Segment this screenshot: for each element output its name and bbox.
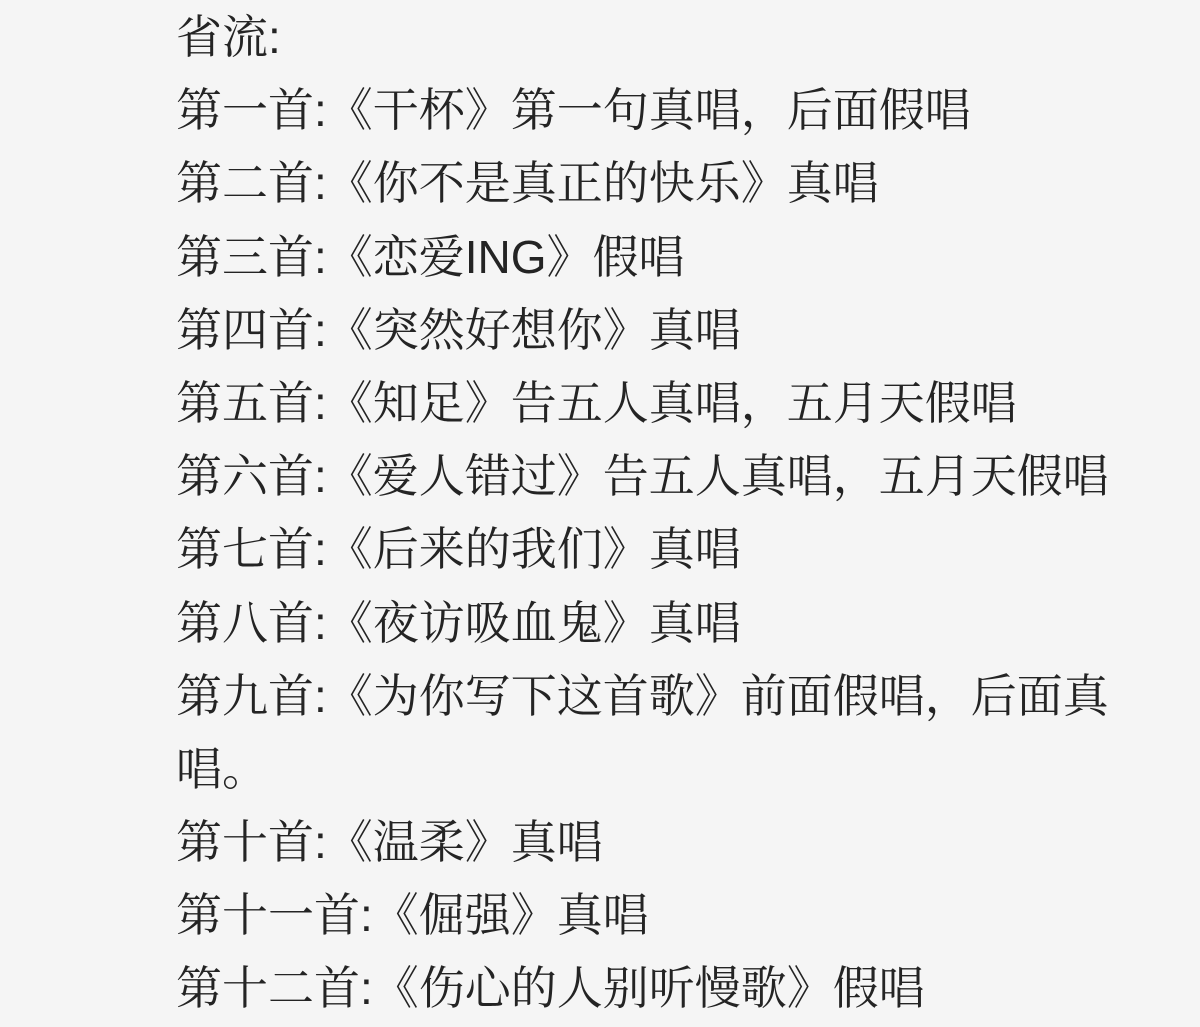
song-line-1: 第一首:《干杯》第一句真唱，后面假唱 [176,74,1190,147]
song-line-12: 第十二首:《伤心的人别听慢歌》假唱 [176,952,1190,1025]
song-line-3: 第三首:《恋爱ING》假唱 [176,221,1190,294]
song-line-2: 第二首:《你不是真正的快乐》真唱 [176,147,1190,220]
screenshot-root: { "page": { "background_color": "#f5f5f5… [0,0,1200,1027]
song-line-7: 第七首:《后来的我们》真唱 [176,513,1190,586]
song-line-6: 第六首:《爱人错过》告五人真唱，五月天假唱 [176,440,1190,513]
summary-label: 省流: [176,1,1190,74]
song-summary-post: 省流: 第一首:《干杯》第一句真唱，后面假唱 第二首:《你不是真正的快乐》真唱 … [0,0,1200,1027]
song-line-5: 第五首:《知足》告五人真唱，五月天假唱 [176,367,1190,440]
song-line-4: 第四首:《突然好想你》真唱 [176,294,1190,367]
song-line-8: 第八首:《夜访吸血鬼》真唱 [176,587,1190,660]
song-line-11: 第十一首:《倔强》真唱 [176,879,1190,952]
song-line-9-continuation: 唱。 [176,733,1190,806]
song-line-10: 第十首:《温柔》真唱 [176,806,1190,879]
song-line-9: 第九首:《为你写下这首歌》前面假唱，后面真 [176,660,1190,733]
